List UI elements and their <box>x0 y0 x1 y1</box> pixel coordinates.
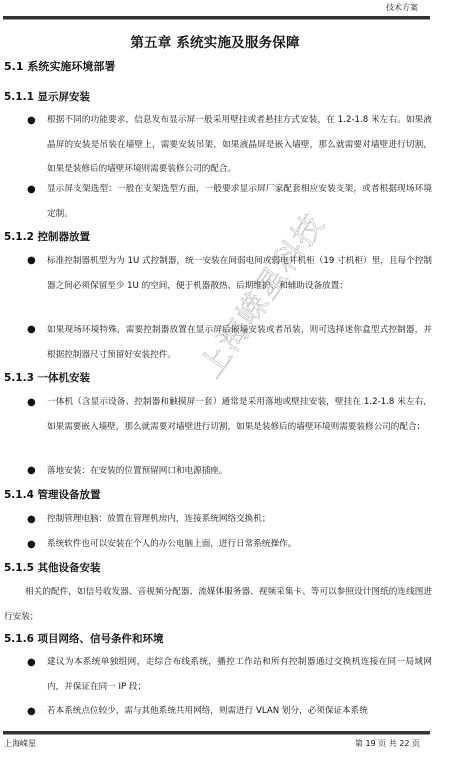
bullet-icon: ● <box>27 707 36 717</box>
bullet-icon: ● <box>27 325 36 335</box>
chapter-title: 第五章 系统实施及服务保障 <box>0 31 430 51</box>
section-heading-5-1-4: 5.1.4 管理设备放置 <box>4 487 101 502</box>
paragraph-5-1-3-b: 落地安装：在安装的位置预留网口和电源插座。 <box>47 459 432 484</box>
paragraph-5-1-1-a: 根据不同的功能要求，信息发布显示屏一般采用壁挂或者悬挂方式安装，在 1.2-1.… <box>47 108 432 182</box>
section-heading-5-1-6: 5.1.6 项目网络、信号条件和环境 <box>4 631 164 646</box>
paragraph-5-1-4-b: 系统软件也可以安装在个人的办公电脑上面，进行日常系统操作。 <box>47 532 432 557</box>
bullet-icon: ● <box>27 256 36 266</box>
paragraph-5-1-3-a: 一体机（含显示设备、控制器和触摸屏一套）通常是采用落地或壁挂安装，壁挂在 1.2… <box>47 390 432 439</box>
paragraph-5-1-4-a: 控制管理电脑：放置在管理机房内，连接系统网络交换机； <box>47 507 432 532</box>
paragraph-5-1-6-b: 若本系统点位较少，需与其他系统共用网络，则需进行 VLAN 划分，必须保证本系统 <box>47 699 432 724</box>
paragraph-5-1-6-a: 建议为本系统单独组网，走综合布线系统，播控工作站和所有控制器通过交换机连接在同一… <box>47 650 432 699</box>
header-rule <box>3 16 430 20</box>
section-heading-5-1-2: 5.1.2 控制器放置 <box>4 229 90 244</box>
section-heading-5-1-5: 5.1.5 其他设备安装 <box>4 560 101 575</box>
section-heading-5-1-3: 5.1.3 一体机安装 <box>4 370 90 385</box>
footer-rule <box>3 731 430 735</box>
paragraph-5-1-1-b: 显示屏支架选型：一般在支架选型方面，一般要求显示屏厂家配套相应安装支架，或者根据… <box>47 177 432 226</box>
bullet-icon: ● <box>27 185 36 195</box>
bullet-icon: ● <box>27 116 36 126</box>
bullet-icon: ● <box>27 466 36 476</box>
bullet-icon: ● <box>27 658 36 668</box>
bullet-icon: ● <box>27 398 36 408</box>
bullet-icon: ● <box>27 515 36 525</box>
paragraph-5-1-5: 相关的配件，如信号收发器、音视频分配器、流媒体服务器、视频采集卡、等可以参照设计… <box>4 580 432 629</box>
bullet-icon: ● <box>27 540 36 550</box>
section-heading-5-1: 5.1 系统实施环境部署 <box>4 58 115 74</box>
footer-company: 上海嵘星 <box>4 738 36 749</box>
footer-page-number: 第 19 页 共 22 页 <box>355 738 420 749</box>
header-title: 技术方案 <box>386 2 418 13</box>
section-heading-5-1-1: 5.1.1 显示屏安装 <box>4 89 90 104</box>
document-page: 技术方案 第五章 系统实施及服务保障 5.1 系统实施环境部署 5.1.1 显示… <box>0 0 452 774</box>
